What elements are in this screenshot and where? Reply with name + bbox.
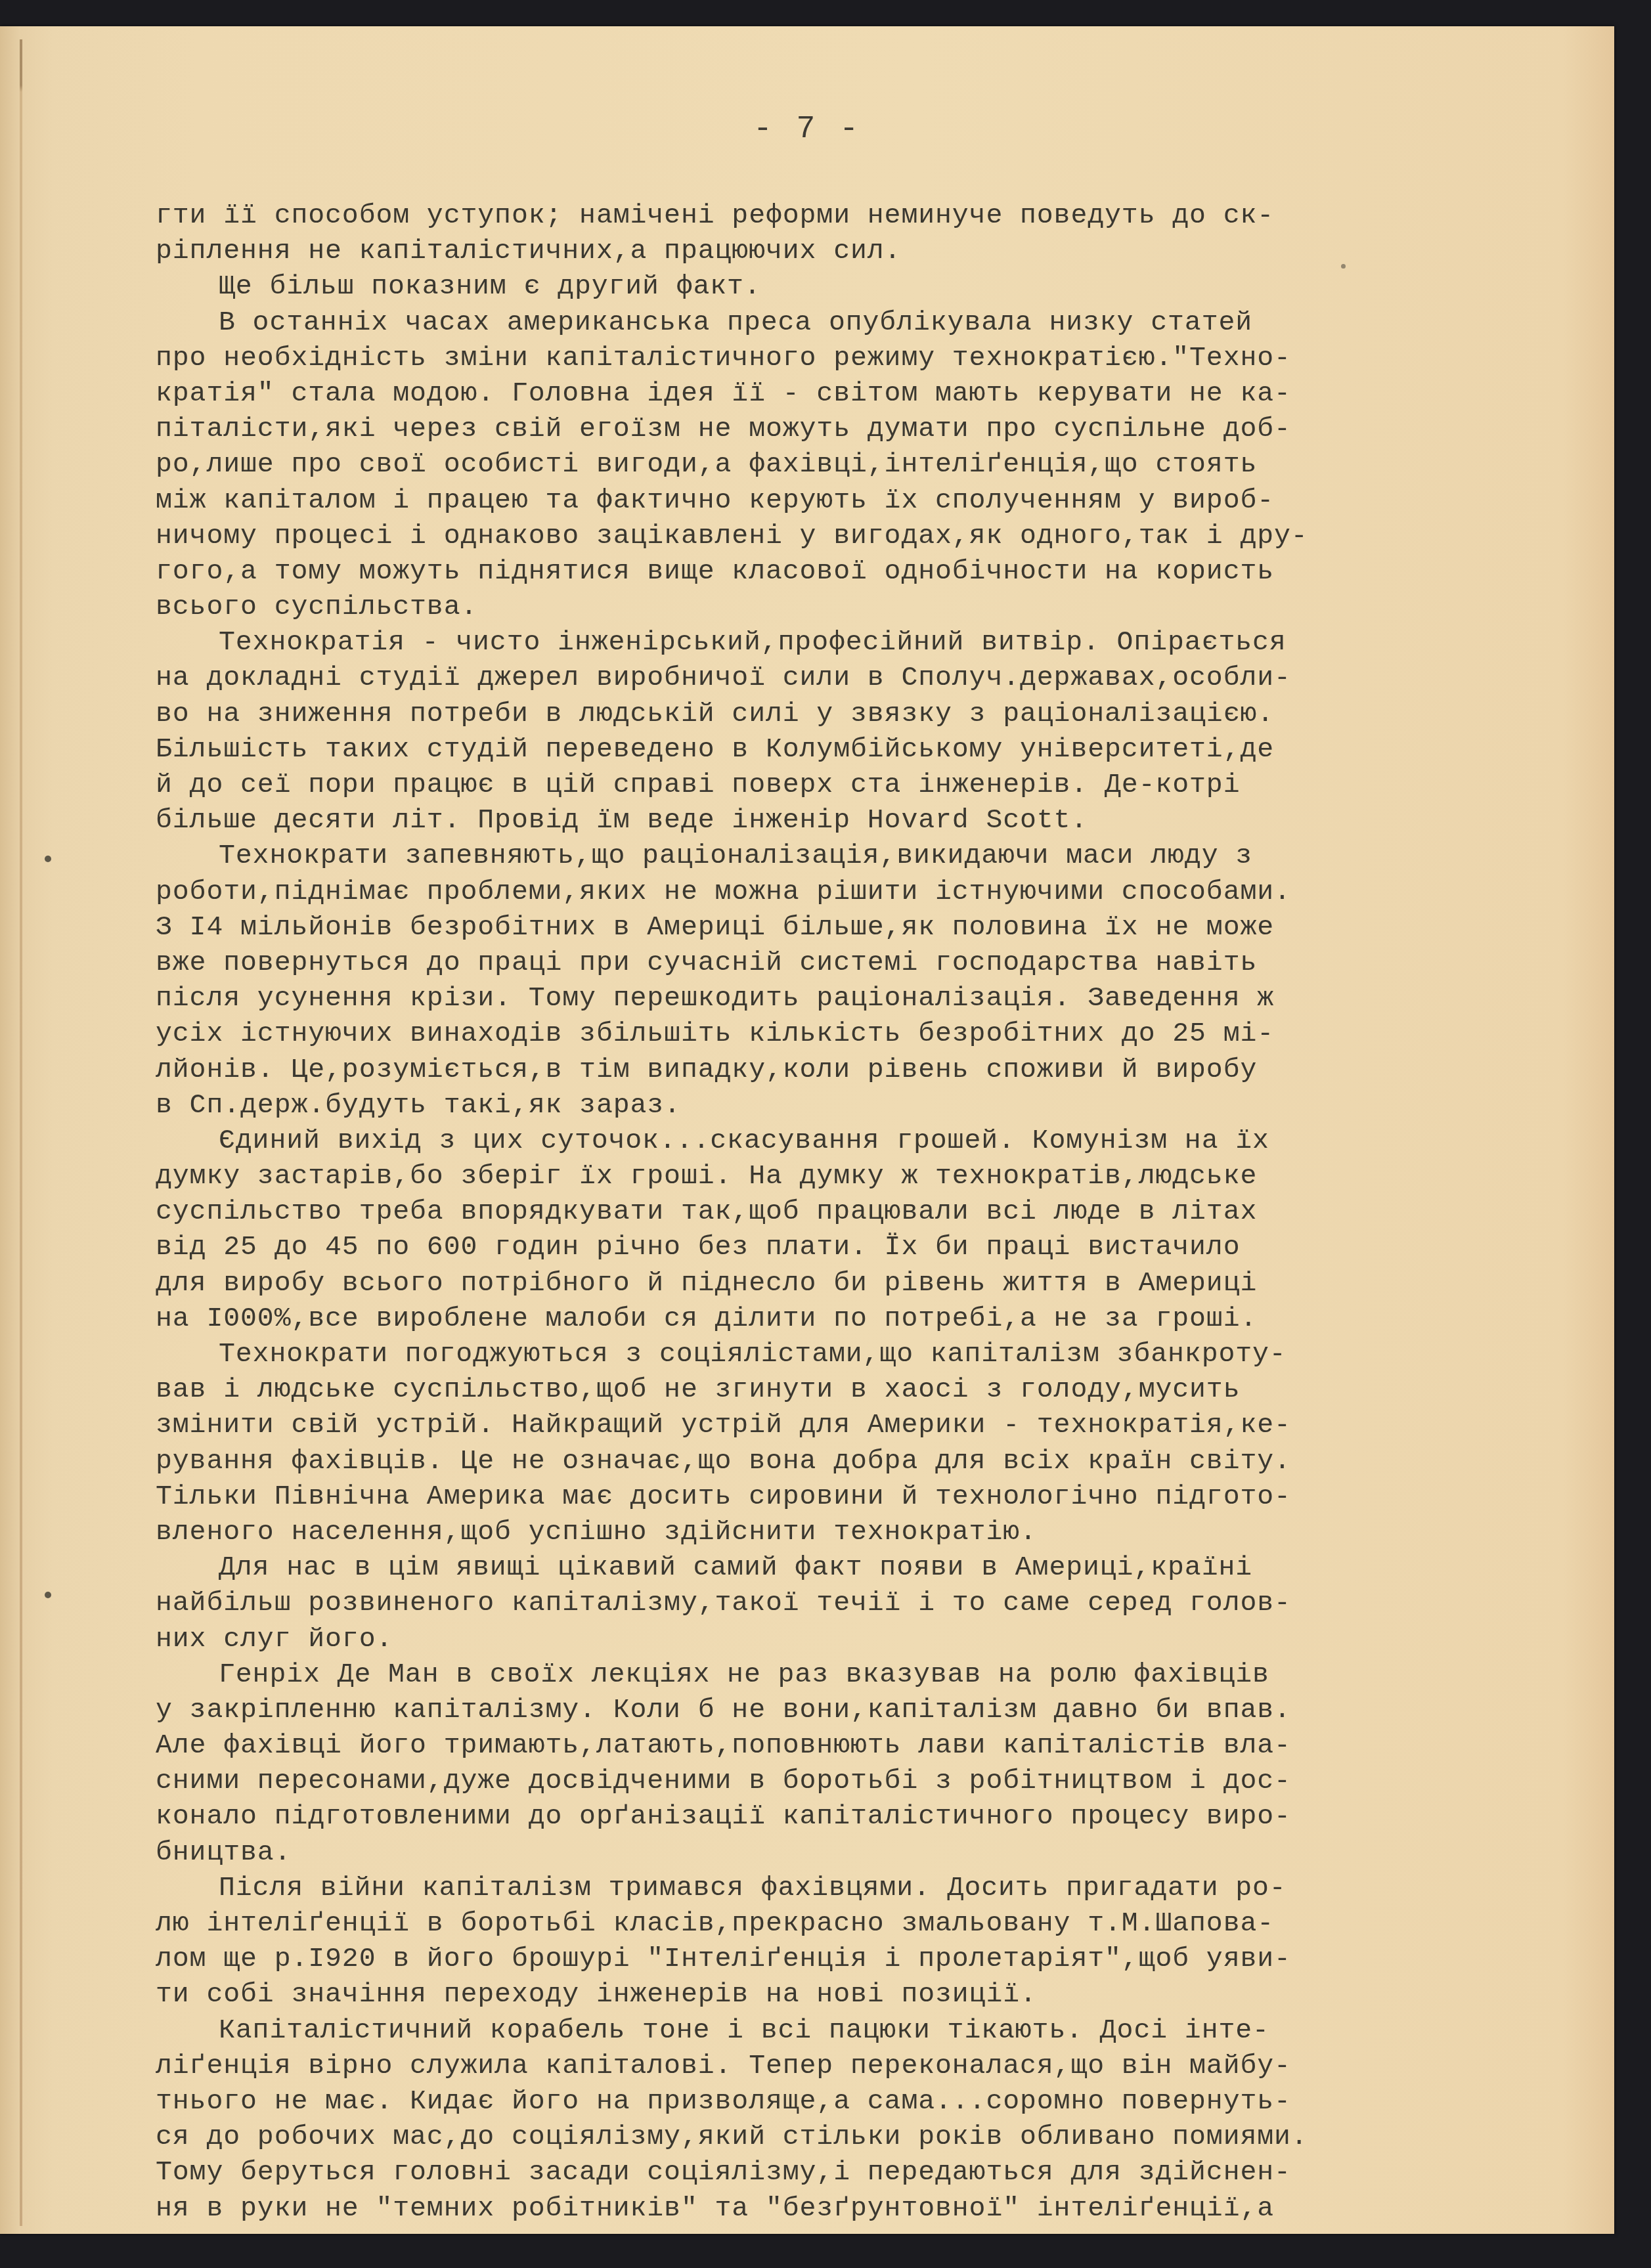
text-line: ріплення не капіталістичних,а працюючих … [156,234,1587,269]
ink-speck [45,1592,51,1598]
text-line: них слуг його. [156,1622,1587,1657]
scanned-document: - 7 - гти її способом уступок; намічені … [0,0,1651,2268]
text-line: гого,а тому можуть піднятися вище класов… [156,554,1587,590]
text-line: В останніх часах американська преса опуб… [156,305,1587,341]
ink-speck [45,856,51,862]
text-line: лом ще р.I920 в його брошурі "Інтеліґенц… [156,1942,1587,1977]
text-line: для виробу всього потрібного й піднесло … [156,1266,1587,1301]
text-line: ро,лише про свої особисті вигоди,а фахів… [156,447,1587,483]
text-line: Генріх Де Ман в своїх лекціях не раз вка… [156,1657,1587,1693]
text-line: вав і людське суспільство,щоб не згинути… [156,1372,1587,1408]
text-line: між капіталом і працею та фактично керую… [156,483,1587,519]
text-line: кратія" стала модою. Головна ідея її - с… [156,376,1587,412]
text-line: Технократи погоджуються з соціялістами,щ… [156,1337,1587,1372]
text-line: тнього не має. Кидає його на призволяще,… [156,2084,1587,2120]
page-number: - 7 - [0,112,1614,147]
text-line: Технократія - чисто інженірський,професі… [156,625,1587,661]
text-line: змінити свій устрій. Найкращий устрій дл… [156,1408,1587,1443]
text-line: конало підготовленими до орґанізації кап… [156,1799,1587,1835]
text-line: Але фахівці його тримають,латають,поповн… [156,1728,1587,1764]
text-line: найбільш розвиненого капіталізму,такої т… [156,1586,1587,1621]
text-line: лю інтеліґенції в боротьбі класів,прекра… [156,1906,1587,1942]
text-line: у закріпленню капіталізму. Коли б не вон… [156,1693,1587,1728]
text-line: ліґенція вірно служила капіталові. Тепер… [156,2049,1587,2084]
text-line: Ще більш показним є другий факт. [156,269,1587,305]
text-line: Технократи запевняють,що раціоналізація,… [156,839,1587,874]
text-line: лйонів. Це,розуміється,в тім випадку,кол… [156,1053,1587,1088]
text-line: піталісти,які через свій егоїзм не можут… [156,412,1587,447]
text-line: Для нас в цім явищі цікавий самий факт п… [156,1550,1587,1586]
text-line: від 25 до 45 по 600 годин річно без плат… [156,1230,1587,1265]
body-text: гти її способом уступок; намічені реформ… [156,198,1587,2227]
text-line: в Сп.держ.будуть такі,як зараз. [156,1088,1587,1123]
text-line: Більшість таких студій переведено в Колу… [156,732,1587,768]
text-line: більше десяти літ. Провід їм веде інжені… [156,803,1587,839]
text-line: суспільство треба впорядкувати так,щоб п… [156,1194,1587,1230]
text-line: во на зниження потреби в людській силі у… [156,697,1587,732]
text-line: вленого населення,щоб успішно здійснити … [156,1515,1587,1550]
text-line: З I4 мільйонів безробітних в Америці біл… [156,910,1587,946]
text-line: на докладні студії джерел виробничої сил… [156,661,1587,696]
text-line: гти її способом уступок; намічені реформ… [156,198,1587,234]
text-line: ти собі значіння переходу інженерів на н… [156,1977,1587,2013]
text-line: після усунення крізи. Тому перешкодить р… [156,981,1587,1016]
text-line: рування фахівців. Це не означає,що вона … [156,1444,1587,1479]
text-line: про необхідність зміни капіталістичного … [156,341,1587,376]
text-line: ся до робочих мас,до соціялізму,який сті… [156,2120,1587,2155]
text-line: ничому процесі і однаково зацікавлені у … [156,519,1587,554]
text-line: Капіталістичний корабель тоне і всі пацю… [156,2013,1587,2049]
text-line: вже повернуться до праці при сучасній си… [156,946,1587,981]
text-line: Тільки Північна Америка має досить сиров… [156,1479,1587,1515]
text-line: ня в руки не "темних робітників" та "без… [156,2191,1587,2227]
typewritten-page: - 7 - гти її способом уступок; намічені … [0,26,1614,2234]
text-line: сними пересонами,дуже досвідченими в бор… [156,1764,1587,1799]
text-line: бництва. [156,1835,1587,1871]
text-line: Після війни капіталізм тримався фахівцям… [156,1871,1587,1906]
text-line: думку застарів,бо зберіг їх гроші. На ду… [156,1159,1587,1194]
text-line: й до сеї пори працює в цій справі поверх… [156,768,1587,803]
text-line: на I000%,все вироблене малоби ся ділити … [156,1301,1587,1337]
text-line: усіх істнуючих винаходів збільшіть кільк… [156,1016,1587,1052]
text-line: всього суспільства. [156,590,1587,625]
text-line: роботи,піднімає проблеми,яких не можна р… [156,875,1587,910]
text-line: Єдиний вихід з цих суточок...скасування … [156,1123,1587,1159]
ink-speck [1341,264,1346,269]
text-line: Тому беруться головні засади соціялізму,… [156,2155,1587,2191]
